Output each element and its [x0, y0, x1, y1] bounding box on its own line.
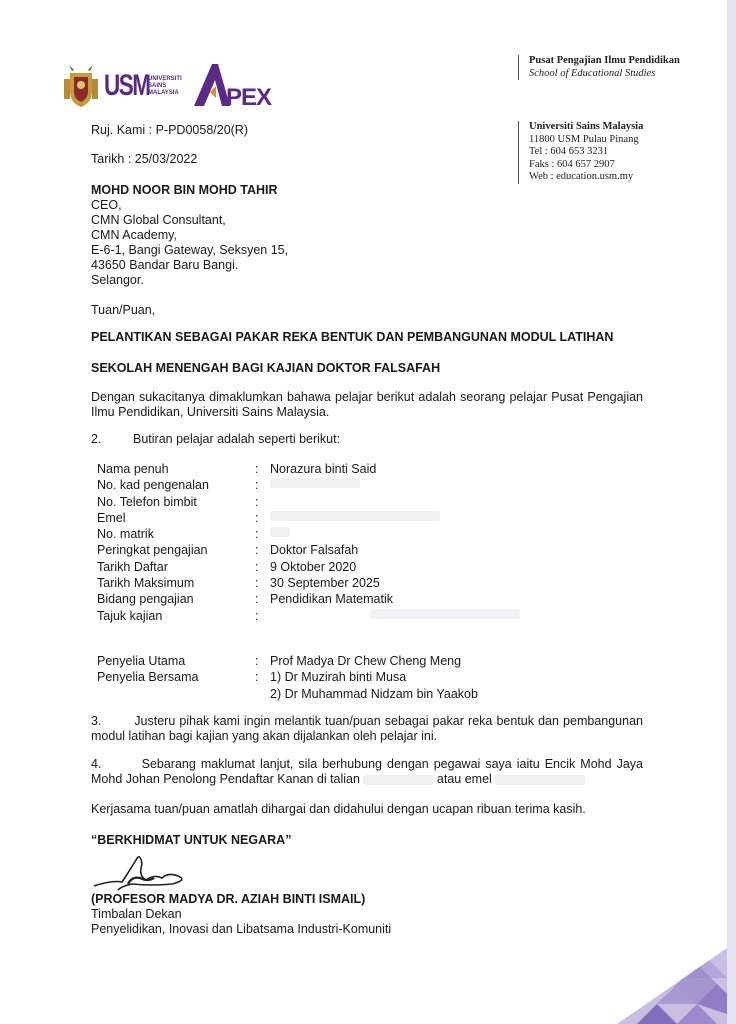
- usm-wordmark: USM: [104, 69, 140, 103]
- usm-crest-icon: [64, 65, 98, 107]
- reference-number: Ruj. Kami : P-PD0058/20(R): [91, 123, 248, 138]
- signatory-department: Penyelidikan, Inovasi dan Libatsama Indu…: [91, 922, 391, 937]
- para3: 3. Justeru pihak kami ingin melantik tua…: [91, 714, 643, 744]
- supervisors: Penyelia Utama:Prof Madya Dr Chew Cheng …: [97, 654, 478, 703]
- detail-row-name: Nama penuh:Norazura binti Said: [97, 462, 520, 478]
- recipient-address: MOHD NOOR BIN MOHD TAHIR CEO, CMN Global…: [91, 183, 288, 288]
- signatory-name: (PROFESOR MADYA DR. AZIAH BINTI ISMAIL): [91, 892, 391, 907]
- detail-row-level: Peringkat pengajian:Doktor Falsafah: [97, 543, 520, 559]
- para4: 4. Sebarang maklumat lanjut, sila berhub…: [91, 757, 643, 787]
- detail-row-max-date: Tarikh Maksimum:30 September 2025: [97, 576, 520, 592]
- web-link: Web : education.usm.my: [529, 171, 643, 184]
- para2-number: 2.: [91, 432, 101, 447]
- recipient-name: MOHD NOOR BIN MOHD TAHIR: [91, 183, 288, 198]
- school-header: Pusat Pengajian Ilmu Pendidikan School o…: [518, 55, 680, 80]
- letterhead-logo: USM UNIVERSITI SAINS MALAYSIA PEX: [64, 62, 280, 110]
- para2-text: Butiran pelajar adalah seperti berikut:: [133, 432, 340, 447]
- signatory-block: (PROFESOR MADYA DR. AZIAH BINTI ISMAIL) …: [91, 892, 391, 937]
- student-details: Nama penuh:Norazura binti Said No. kad p…: [97, 462, 520, 625]
- decorative-pattern-icon: [617, 948, 727, 1024]
- salutation: Tuan/Puan,: [91, 303, 155, 318]
- detail-row-email: Emel:: [97, 511, 520, 527]
- usm-subtext: UNIVERSITI SAINS MALAYSIA: [148, 76, 182, 97]
- detail-row-phone: No. Telefon bimbit:: [97, 495, 520, 511]
- apex-logo-icon: PEX: [190, 62, 280, 110]
- page-edge: [727, 0, 736, 1024]
- letter-date: Tarikh : 25/03/2022: [91, 152, 197, 167]
- signature-icon: [92, 850, 202, 897]
- detail-row-register-date: Tarikh Daftar:9 Oktober 2020: [97, 560, 520, 576]
- detail-row-matric: No. matrik:: [97, 527, 520, 543]
- intro-paragraph: Dengan sukacitanya dimaklumkan bahawa pe…: [91, 390, 643, 420]
- signatory-title: Timbalan Dekan: [91, 907, 391, 922]
- subject-line-1: PELANTIKAN SEBAGAI PAKAR REKA BENTUK DAN…: [91, 330, 613, 345]
- detail-row-ic: No. kad pengenalan:: [97, 478, 520, 494]
- detail-row-field: Bidang pengajian:Pendidikan Matematik: [97, 592, 520, 608]
- motto: “BERKHIDMAT UNTUK NEGARA”: [91, 833, 291, 848]
- svg-text:PEX: PEX: [226, 84, 272, 110]
- detail-row-title: Tajuk kajian:: [97, 609, 520, 625]
- main-supervisor: Penyelia Utama:Prof Madya Dr Chew Cheng …: [97, 654, 478, 670]
- co-supervisor-2: 2) Dr Muhammad Nidzam bin Yaakob: [97, 687, 478, 703]
- university-contact: Universiti Sains Malaysia 11800 USM Pula…: [518, 121, 643, 184]
- subject-line-2: SEKOLAH MENENGAH BAGI KAJIAN DOKTOR FALS…: [91, 361, 440, 376]
- co-supervisor-1: Penyelia Bersama:1) Dr Muzirah binti Mus…: [97, 670, 478, 686]
- closing-remark: Kerjasama tuan/puan amatlah dihargai dan…: [91, 802, 586, 817]
